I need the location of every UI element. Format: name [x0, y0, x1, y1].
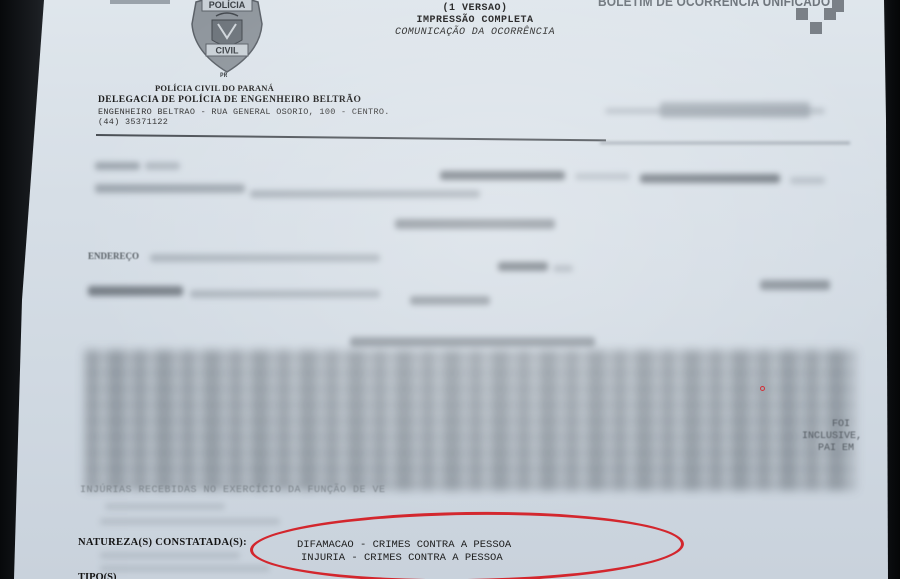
natureza-label: NATUREZA(S) CONSTATADA(S):: [78, 537, 247, 548]
department-name: DELEGACIA DE POLÍCIA DE ENGENHEIRO BELTR…: [98, 95, 361, 105]
red-mark: [760, 386, 765, 391]
header-divider: [96, 134, 606, 141]
redacted-text: [88, 286, 183, 296]
redacted-heading: [350, 337, 595, 347]
department-address: ENGENHEIRO BELTRAO - RUA GENERAL OSORIO,…: [98, 107, 390, 117]
redacted-text: [145, 162, 180, 170]
address-label: ENDEREÇO: [88, 251, 139, 261]
visible-fragment: PAI EM: [818, 443, 854, 454]
redacted-text: [760, 280, 830, 290]
redacted-text: [95, 162, 140, 170]
print-mode-label: IMPRESSÃO COMPLETA: [375, 15, 575, 26]
svg-text:CIVIL: CIVIL: [215, 46, 239, 56]
redacted-text: [150, 254, 380, 262]
document-subtitle: COMUNICAÇÃO DA OCORRÊNCIA: [375, 27, 575, 38]
badge-state: PR: [220, 72, 227, 79]
redacted-text: [100, 565, 270, 572]
paper-tab: [110, 0, 170, 4]
redacted-text: [440, 171, 565, 180]
redacted-text: [553, 265, 573, 272]
redacted-text: [660, 102, 810, 118]
visible-fragment: FOI: [832, 419, 850, 430]
header-divider-right: [600, 142, 850, 144]
redacted-text: [640, 174, 780, 183]
redacted-text: [105, 503, 225, 510]
visible-fragment: INCLUSIVE,: [802, 431, 862, 442]
redacted-text: [498, 262, 548, 271]
redacted-text: [575, 173, 630, 180]
redacted-text: [410, 296, 490, 305]
redacted-report-narrative: [85, 350, 855, 490]
redacted-text: [100, 518, 280, 525]
institution-name: POLÍCIA CIVIL DO PARANÁ: [155, 83, 274, 93]
department-phone: (44) 35371122: [98, 117, 168, 127]
redacted-text: [250, 190, 480, 198]
partial-narrative-line: INJÚRIAS RECEBIDAS NO EXERCÍCIO DA FUNÇÃ…: [80, 485, 386, 496]
police-badge-icon: POLÍCIA CIVIL: [188, 0, 266, 74]
svg-text:POLÍCIA: POLÍCIA: [209, 0, 246, 10]
redacted-text: [100, 552, 240, 559]
document-sheet: POLÍCIA CIVIL PR POLÍCIA CIVIL DO PARANÁ…: [0, 0, 900, 579]
version-label: (1 VERSAO): [375, 3, 575, 14]
redacted-text: [95, 184, 245, 193]
cut-off-label: TIPO(S): [78, 572, 117, 579]
redacted-heading: [395, 219, 555, 229]
highlight-ellipse: [250, 509, 685, 579]
redacted-text: [790, 177, 825, 184]
redacted-text: [190, 290, 380, 298]
